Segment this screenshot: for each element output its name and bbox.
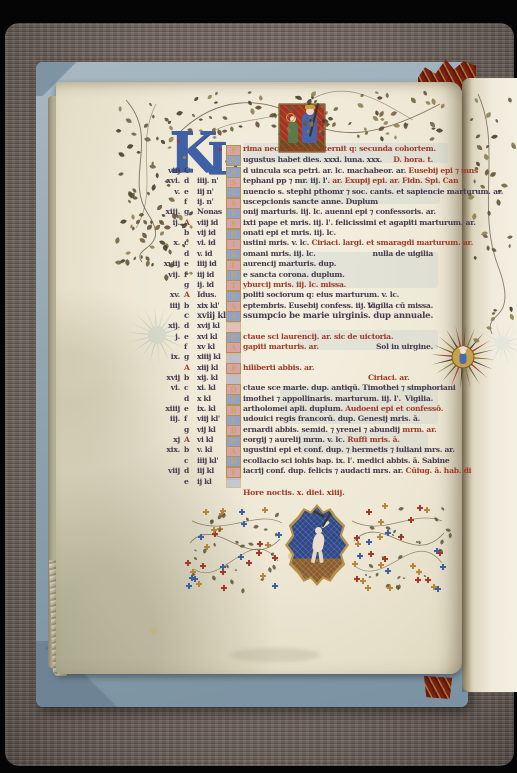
kalends-label: iij n' [197, 187, 227, 197]
feast-entry: yburcij mris. iij. lc. missa. [243, 280, 346, 290]
rinceaux-flower [258, 552, 260, 554]
rinceaux-leaf [202, 548, 207, 553]
rinceaux-leaf [271, 553, 274, 556]
rinceaux-flower [214, 533, 216, 535]
rinceaux-leaf [267, 567, 272, 572]
kalends-label: Nonas [197, 207, 227, 217]
thresher-head [315, 527, 322, 534]
golden-number: vi. [150, 383, 180, 393]
rinceaux-flower [200, 536, 202, 538]
rinceaux-flower [194, 578, 196, 580]
kalends-label: viij kl' [197, 414, 227, 424]
ivy-leaf [189, 225, 192, 228]
calendar-row: iij.fviij kl'Ludouici regis francorū. du… [0, 414, 517, 424]
rinceaux-leaf [369, 564, 374, 569]
rinceaux-flower [274, 557, 276, 559]
illuminated-initial: A [226, 155, 241, 166]
calendar-row: xv.AIdus.Ypoliti sociorum q: eius martur… [0, 290, 517, 300]
rinceaux-flower [439, 552, 441, 554]
calendar-row: cxviij klAssumpcio be marie uirginis. du… [0, 311, 517, 321]
margin-note: Sol in uirgine. [376, 342, 433, 352]
rinceaux-flower [267, 544, 269, 546]
rinceaux-flower [357, 543, 359, 545]
rinceaux-flower [384, 558, 386, 560]
feast-entry: hiliberti abbis. ar. [243, 363, 314, 373]
calendar-row: eij kl [0, 477, 517, 487]
dominical-letter: e [184, 187, 196, 197]
feast-text-segment: Ciriaci. largi. et smaragdi marturum. ar… [311, 238, 473, 247]
rinceaux-flower [412, 565, 414, 567]
ivy-leaf [310, 91, 315, 96]
rinceaux-leaf [239, 543, 245, 549]
rinceaux-flower [380, 564, 382, 566]
calendar-row: gij. idTyburcij mris. iij. lc. missa. [0, 280, 517, 290]
dominical-letter: c [184, 383, 196, 393]
feast-text-segment: ssumpcio be marie uirginis. dup annuale. [243, 311, 433, 321]
rinceaux-leaf [212, 576, 217, 581]
rinceaux-leaf [369, 525, 374, 530]
photo-frame: K L Prima necat fontem sternit q: secund… [0, 0, 517, 773]
calendar-row: j.exvi klOctaue sci laurencij. ar. sic d… [0, 332, 517, 342]
feast-entry: eptembris. Eusebij confess. iij. lc. [243, 301, 377, 311]
dominical-letter: g [184, 352, 196, 362]
rinceaux-flower [264, 509, 266, 511]
calendar-row: ij.Aviij idSixti pape et mris. iij. l'. … [0, 218, 517, 228]
rinceaux-leaf [191, 572, 195, 576]
feast-entry: omani mris. iij. lc. [243, 249, 316, 259]
dominical-letter: e [184, 404, 196, 414]
dominical-letter: e [184, 259, 196, 269]
rinceaux-flower [206, 546, 208, 548]
rinceaux-flower [370, 553, 372, 555]
rinceaux-flower [433, 586, 435, 588]
rinceaux-leaf [212, 542, 216, 546]
feast-text-segment: artholomei apli. duplum. [243, 404, 345, 413]
rinceaux-leaf [260, 578, 264, 582]
golden-number: iij. [150, 414, 180, 424]
dominical-letter: c [184, 456, 196, 466]
parchment-stain [150, 628, 158, 634]
rinceaux-leaf [392, 529, 396, 533]
kalends-label: iij kl [197, 466, 227, 476]
rinceaux-flower [188, 585, 190, 587]
rinceaux-flower [187, 562, 189, 564]
feast-entry: onij marturis. iij. lc. auenni epi ⁊ con… [243, 207, 436, 217]
feast-text-segment: ecollacio sci iohis bap. ix. l'. medici … [243, 456, 450, 465]
kalends-label: xvij kl [197, 321, 227, 331]
thresher-leg [311, 550, 318, 564]
rinceaux-leaf [398, 555, 403, 560]
rinceaux-flower [278, 534, 280, 536]
kalends-label: iiij kl' [197, 456, 227, 466]
feast-text-segment: ugustini epi et conf. dup. ⁊ hermetis ⁊ … [243, 445, 455, 454]
feast-entry: politi sociorum q: eius marturum. v. lc. [243, 290, 399, 300]
feast-entry: ssumpcio be marie uirginis. dup annuale. [243, 311, 433, 321]
rinceaux-leaf [222, 513, 227, 518]
feast-entry: ustini mris. v. lc. Ciriaci. largi. et s… [243, 238, 473, 248]
kalends-label: Idus. [197, 290, 227, 300]
rinceaux-flower [419, 507, 421, 509]
dominical-letter: C [184, 166, 196, 176]
feast-text-segment: yburcij mris. iij. lc. missa. [243, 280, 346, 289]
ivy-leaf [289, 107, 294, 112]
golden-number: xix. [150, 445, 180, 455]
feast-entry: ixti pape et mris. iij. l'. felicissimi … [243, 218, 476, 228]
ivy-leaf [507, 97, 512, 102]
feast-entry: d uincula sca petri. ar. lc. machabeor. … [243, 166, 478, 176]
daylight-hours-line: Hore noctis. x. diei. xiiij. [243, 488, 423, 498]
kalends-label: viij id [197, 218, 227, 228]
calendar-row: vij.fiij idDe sancta corona. duplum. [0, 270, 517, 280]
golden-number: viij [150, 466, 180, 476]
rinceaux-leaf [403, 577, 406, 580]
rinceaux-flower [426, 509, 428, 511]
rinceaux-leaf [218, 515, 222, 519]
rinceaux-leaf [434, 517, 438, 521]
verse-line: Prima necat fontem sternit q: secunda co… [0, 144, 517, 154]
kalends-label: xix kl' [197, 301, 227, 311]
feast-text-segment: onij marturis. iij. lc. auenni epi ⁊ con… [243, 207, 436, 216]
golden-number: xviij [150, 259, 180, 269]
dominical-letter: c [184, 311, 196, 321]
rinceaux-flower [223, 587, 225, 589]
feast-text-segment: eptembris. Eusebij confess. iij. lc. [243, 301, 377, 310]
feast-entry: nuencio s. stephi pthomr ⁊ soc. cants. e… [243, 187, 503, 197]
margin-note: nulla de uigilia [373, 249, 433, 259]
rinceaux-leaf [210, 520, 213, 523]
feast-entry: ugustini epi et conf. dup. ⁊ hermetis ⁊ … [243, 445, 455, 455]
calendar-row: xix.bv. klAugustini epi et conf. dup. ⁊ … [0, 445, 517, 455]
rinceaux-leaf [417, 540, 421, 544]
rinceaux-flower [202, 565, 204, 567]
rinceaux-flower [380, 521, 382, 523]
kalends-label: iij id [197, 270, 227, 280]
feast-text-segment: ugustus habet dies. xxxi. luna. xxx. [243, 155, 382, 164]
kalends-label: vij id [197, 228, 227, 238]
rinceaux-flower [274, 585, 276, 587]
chemise-edge-bottom-right [424, 676, 452, 699]
feast-entry: tephani pp ⁊ mr. iij. l'. ar. Exupij epi… [243, 176, 458, 186]
feast-entry: e sancta corona. duplum. [243, 270, 345, 280]
calendar-row: xviijeiiij idLaurencij marturis. dup. [0, 259, 517, 269]
rinceaux-flower [389, 587, 391, 589]
dominical-letter: d [184, 176, 196, 186]
dominical-letter: A [184, 363, 196, 373]
calendar-row: xjAvi klGeorgij ⁊ aurelij mrm. v. lc. Ru… [0, 435, 517, 445]
feast-text-segment: politi sociorum q: eius marturum. v. lc. [243, 290, 399, 299]
feast-text-segment: hiliberti abbis. ar. [243, 363, 314, 372]
dominical-letter: e [184, 332, 196, 342]
kalends-label: iiij id [197, 259, 227, 269]
feast-text-segment: ctaue sci laurencij. ar. sic de uictoria… [243, 332, 393, 341]
calendar-row: ix.gxiiij kl [0, 352, 517, 362]
kalends-label: xiij kl [197, 363, 227, 373]
calendar-row: bvij idDonati epi et mris. iij. lc. [0, 228, 517, 238]
illuminated-initial [226, 477, 241, 488]
rinceaux-leaf [275, 513, 279, 517]
dominical-letter: f [184, 197, 196, 207]
margin-note: Vigilia. [405, 394, 433, 404]
rinceaux-flower [387, 570, 389, 572]
kalends-label: ij kl [197, 477, 227, 487]
calendar-row: fij. n'Suscepcionis sancte anne. Duplum [0, 197, 517, 207]
dominical-letter: d [184, 466, 196, 476]
calendar-row: v.eiij n'Inuencio s. stephi pthomr ⁊ soc… [0, 187, 517, 197]
feast-text-segment: e sancta corona. duplum. [243, 270, 345, 279]
feast-entry: ernardi abbis. semid. ⁊ yrenei ⁊ abundij… [243, 425, 437, 435]
rinceaux-flower [205, 511, 207, 513]
rinceaux-flower [442, 566, 444, 568]
rinceaux-flower [368, 541, 370, 543]
dominical-letter: d [184, 394, 196, 404]
rinceaux-flower [379, 536, 381, 538]
rinceaux-flower [222, 571, 224, 573]
rinceaux-flower [356, 537, 358, 539]
rinceaux-flower [248, 562, 250, 564]
ivy-leaf [160, 232, 164, 236]
calendar-row: xvi.diiij. n'Stephani pp ⁊ mr. iij. l'. … [0, 176, 517, 186]
rinceaux-leaf [441, 507, 445, 511]
rinceaux-leaf [230, 580, 235, 585]
golden-number: xvij [150, 373, 180, 383]
kalends-label: xij. kl [197, 373, 227, 383]
kalends-label: iiij. n' [197, 176, 227, 186]
rinceaux-flower [354, 563, 356, 565]
dominical-letter: A [184, 435, 196, 445]
kalends-label: ij. n' [197, 197, 227, 207]
feast-entry: iacrij conf. dup. felicis ⁊ audacti mrs.… [243, 466, 471, 476]
rinceaux-flower [417, 579, 419, 581]
golden-number: xiiij [150, 404, 180, 414]
dominical-letter: f [184, 414, 196, 424]
kalends-label: v. id [197, 249, 227, 259]
calendar-row: vi.cxi. klOctaue sce marie. dup. antiqū.… [0, 383, 517, 393]
ivy-leaf [146, 191, 150, 195]
thresher-leg [318, 551, 324, 563]
feast-text-segment: nuencio s. stephi pthomr ⁊ soc. cants. e… [243, 187, 503, 196]
calendar-row: fxv klAgapiti marturis. ar.Sol in uirgin… [0, 342, 517, 352]
kalends-label: xviij kl [197, 311, 227, 321]
calendar-row: iiijbxix kl'Septembris. Eusebij confess.… [0, 301, 517, 311]
feast-entry: artholomei apli. duplum. Audoeni epi et … [243, 404, 443, 414]
kalends-label: ij. id [197, 280, 227, 290]
calendar-row: x.cvi. idIustini mris. v. lc. Ciriaci. l… [0, 238, 517, 248]
dominical-letter: g [184, 425, 196, 435]
dominical-letter: d [184, 249, 196, 259]
kalends-label: xvi kl [197, 332, 227, 342]
dominical-letter: b [184, 445, 196, 455]
rinceaux-leaf [368, 576, 371, 579]
golden-number: xv. [150, 290, 180, 300]
rinceaux-leaf [397, 576, 401, 580]
rinceaux-flower [222, 510, 224, 512]
calendar-row: dx klTimothei ⁊ appollinaris. marturum. … [0, 394, 517, 404]
calendar-row: viijCAd uincula sca petri. ar. lc. macha… [0, 166, 517, 176]
ivy-leaf [365, 132, 368, 135]
rinceaux-leaf [263, 528, 268, 533]
saint-mitre [305, 105, 315, 109]
kl-flower-dot [177, 140, 180, 143]
feast-text-segment: gapiti marturis. ar. [243, 342, 319, 351]
rinceaux-flower [362, 580, 364, 582]
dominical-letter: A [184, 290, 196, 300]
golden-number: j. [150, 332, 180, 342]
calendar-row: xiij.gNonasYonij marturis. iij. lc. auen… [0, 207, 517, 217]
feast-text-segment: mrm. ar. [402, 425, 436, 434]
rinceaux-leaf [235, 540, 238, 543]
rinceaux-leaf [439, 539, 444, 544]
feast-text-segment: ernardi abbis. semid. ⁊ yrenei ⁊ abundij [243, 425, 402, 434]
feast-text-segment: Cūiug. ā. hab. di [406, 466, 472, 475]
rinceaux-flower [359, 555, 361, 557]
feast-text-segment: ixti pape et mris. iij. l'. felicissimi … [243, 218, 476, 227]
feast-text-segment: ustini mris. v. lc. [243, 238, 311, 247]
bottom-border-panel [186, 503, 448, 589]
rinceaux-flower [243, 523, 245, 525]
feast-entry: udouici regis francorū. dup. Genesij mri… [243, 414, 420, 424]
feast-text-segment: imothei ⁊ appollinaris. marturum. iij. l… [243, 394, 401, 403]
rinceaux-leaf [234, 569, 237, 572]
calendar-row: xiiijeix. klBartholomei apli. duplum. Au… [0, 404, 517, 414]
feast-text-segment: Eusebij epi ⁊ mns [408, 166, 478, 175]
dominical-letter: f [184, 342, 196, 352]
dominical-letter: d [184, 321, 196, 331]
feast-entry: ecollacio sci iohis bap. ix. l'. medici … [243, 456, 450, 466]
rinceaux-leaf [375, 572, 378, 575]
rinceaux-flower [387, 532, 389, 534]
ivy-leaf [147, 225, 152, 230]
rinceaux-flower [427, 579, 429, 581]
kalends-label: vi. id [197, 238, 227, 248]
kalends-label: v. kl [197, 445, 227, 455]
medallion-thresher-scene [288, 507, 346, 583]
ivy-leaf [160, 140, 164, 144]
ivy-leaf [212, 135, 216, 139]
kalends-label: x kl [197, 394, 227, 404]
feast-entry: rima necat fontem sternit q: secunda coh… [243, 144, 436, 154]
rinceaux-leaf [254, 524, 259, 529]
kalends-label: xiiij kl [197, 352, 227, 362]
margin-note: D. hora. t. [393, 155, 433, 165]
calendar-row: ciiij kl'Decollacio sci iohis bap. ix. l… [0, 456, 517, 466]
feast-text-segment: Ruffi mris. ā. [347, 435, 399, 444]
feast-text-segment: rima necat fontem sternit q: secunda coh… [243, 144, 436, 153]
feast-entry: eorgij ⁊ aurelij mrm. v. lc. Ruffi mris.… [243, 435, 400, 445]
rinceaux-flower [410, 519, 412, 521]
golden-number: xj [150, 435, 180, 445]
rinceaux-leaf [193, 557, 197, 561]
calendar-row: Axiij klPhiliberti abbis. ar. [0, 363, 517, 373]
feast-text-segment: uscepcionis sancte anne. Duplum [243, 197, 378, 206]
feast-text-segment: onati epi et mris. iij. lc. [243, 228, 336, 237]
rinceaux-leaf [399, 534, 402, 537]
kalends-label: vi kl [197, 435, 227, 445]
rinceaux-leaf [248, 541, 254, 547]
calendar-row: xvijbxij. klCiriaci. ar. [0, 373, 517, 383]
kalends-label: xi. kl [197, 383, 227, 393]
rinceaux-flower [368, 511, 370, 513]
calendar-row: viijdiij klFiacrij conf. dup. felicis ⁊ … [0, 466, 517, 476]
rinceaux-leaf [399, 506, 404, 511]
rinceaux-flower [418, 571, 420, 573]
rinceaux-leaf [392, 534, 395, 537]
golden-number: ix. [150, 352, 180, 362]
ivy-leaf [144, 124, 148, 128]
rinceaux-leaf [424, 575, 427, 578]
feast-text-segment: ar. Exupij epi. ar. Fidn. Spi. Can [332, 176, 458, 185]
rinceaux-leaf [365, 574, 367, 576]
kalends-label: xv kl [197, 342, 227, 352]
flail-swipple [313, 510, 325, 517]
rinceaux-flower [240, 556, 242, 558]
feast-entry: ctaue sci laurencij. ar. sic de uictoria… [243, 332, 393, 342]
rinceaux-flower [222, 566, 224, 568]
dominical-letter: g [184, 280, 196, 290]
dominical-letter: e [184, 477, 196, 487]
dominical-letter: b [184, 373, 196, 383]
feast-entry: ugustus habet dies. xxxi. luna. xxx. [243, 155, 382, 165]
month-title-line: Augustus habet dies. xxxi. luna. xxx.D. … [0, 155, 517, 165]
golden-number: xij. [150, 321, 180, 331]
parchment-smudge [230, 648, 320, 662]
feast-text-segment: aurencij marturis. dup. [243, 259, 336, 268]
rinceaux-flower [356, 578, 358, 580]
kalends-label: ix. kl [197, 404, 227, 414]
feast-entry: gapiti marturis. ar. [243, 342, 319, 352]
feast-text-segment: ctaue sce marie. dup. antiqū. Timothei ⁊… [243, 383, 456, 392]
rinceaux-flower [437, 588, 439, 590]
rinceaux-flower [367, 587, 369, 589]
golden-number: iiij [150, 301, 180, 311]
rinceaux-flower [259, 543, 261, 545]
rinceaux-leaf [386, 525, 391, 530]
ivy-leaf [209, 116, 212, 119]
rinceaux-flower [213, 529, 215, 531]
feast-entry: uscepcionis sancte anne. Duplum [243, 197, 378, 207]
feast-text-segment: d uincula sca petri. ar. lc. machabeor. … [243, 166, 408, 175]
ivy-leaf [161, 213, 165, 217]
feast-text-segment: eorgij ⁊ aurelij mrm. v. lc. [243, 435, 347, 444]
rinceaux-leaf [226, 564, 230, 568]
calendar-row: gvij klBernardi abbis. semid. ⁊ yrenei ⁊… [0, 425, 517, 435]
feast-entry: onati epi et mris. iij. lc. [243, 228, 336, 238]
feast-entry: imothei ⁊ appollinaris. marturum. iij. l… [243, 394, 401, 404]
feast-text-segment: iacrij conf. dup. felicis ⁊ audacti mrs.… [243, 466, 406, 475]
rinceaux-leaf [193, 548, 196, 551]
rinceaux-flower [241, 511, 243, 513]
feast-text-segment: udouici regis francorū. dup. Genesij mri… [243, 414, 420, 423]
rinceaux-flower [262, 575, 264, 577]
rinceaux-leaf [246, 518, 249, 521]
gold-vessel [286, 113, 295, 122]
rinceaux-flower [198, 583, 200, 585]
feast-entry: aurencij marturis. dup. [243, 259, 336, 269]
feast-text-segment: omani mris. iij. lc. [243, 249, 316, 258]
dominical-letter: b [184, 301, 196, 311]
feast-text-segment: tephani pp ⁊ mr. iij. l'. [243, 176, 332, 185]
feast-text-segment: Audoeni epi et confessō. [345, 404, 443, 413]
margin-note: Ciriaci. ar. [368, 373, 409, 383]
rinceaux-flower [384, 505, 386, 507]
feast-entry: ctaue sce marie. dup. antiqū. Timothei ⁊… [243, 383, 456, 393]
dominical-letter: b [184, 228, 196, 238]
kalends-label: vij kl [197, 425, 227, 435]
margin-note: Vigilia cū missa. [367, 301, 433, 311]
calendar-row: xij.dxvij kl [0, 321, 517, 331]
calendar-row: dv. idRomani mris. iij. lc.nulla de uigi… [0, 249, 517, 259]
